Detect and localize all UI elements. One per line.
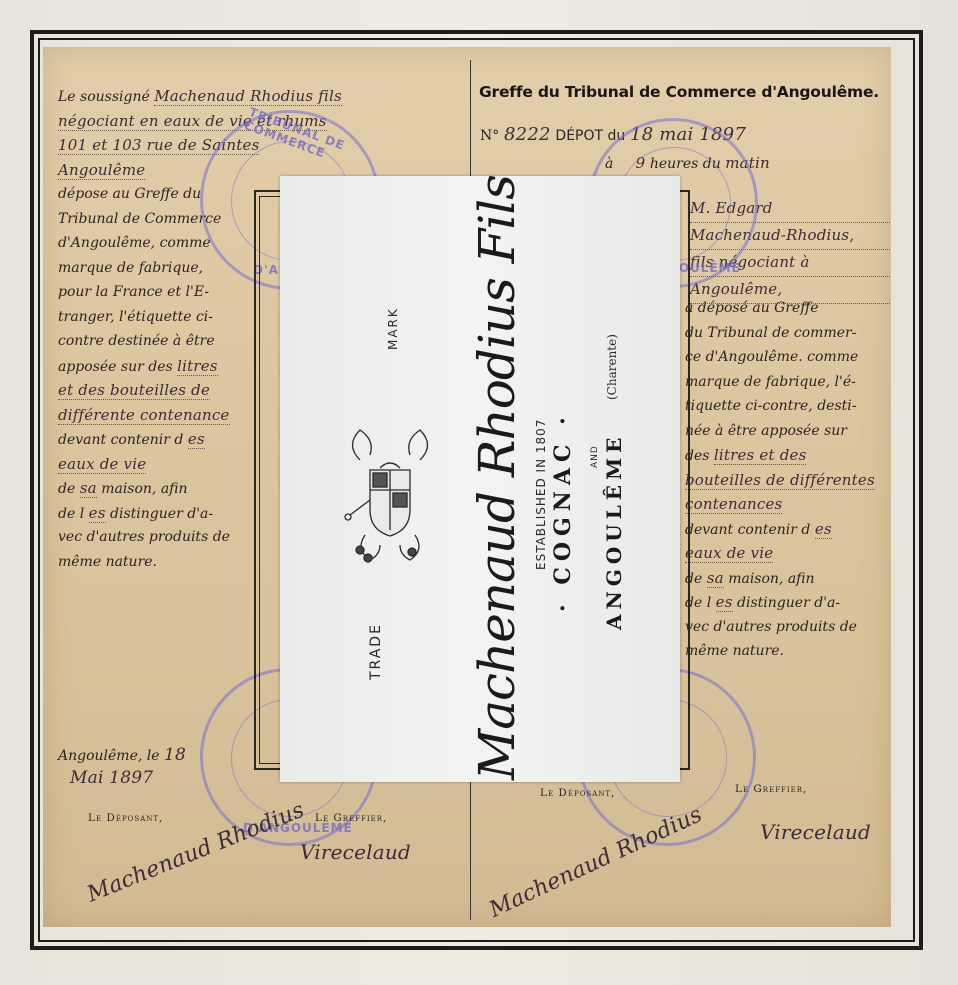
text-line: différente contenance bbox=[58, 403, 258, 428]
text-line: contre destinée à être bbox=[58, 329, 258, 354]
text-line: de l es distinguer d'a- bbox=[685, 590, 885, 615]
signing-month-year: Mai 1897 bbox=[70, 768, 153, 788]
text-line: apposée sur des litres bbox=[58, 354, 258, 379]
handwritten-entry: litres et des bbox=[714, 446, 807, 465]
left-deposant-label: Le Déposant, bbox=[88, 812, 163, 824]
text-line: de sa maison, afin bbox=[58, 476, 258, 501]
label-trade: TRADE bbox=[368, 623, 384, 680]
text-line: des litres et des bbox=[685, 443, 885, 468]
handwritten-entry: Machenaud Rhodius fils bbox=[154, 87, 342, 106]
handwritten-entry: eaux de vie bbox=[58, 455, 146, 474]
handwritten-entry: litres bbox=[177, 357, 218, 376]
handwritten-entry: Angoulême bbox=[58, 161, 145, 180]
text-line: de sa maison, afin bbox=[685, 566, 885, 591]
number-value: 8222 bbox=[504, 124, 551, 145]
handwritten-entry: es bbox=[815, 520, 832, 539]
text-line: pour la France et l'E- bbox=[58, 280, 258, 305]
text-line: négociant en eaux de vie et rhums bbox=[58, 109, 258, 134]
text-line: même nature. bbox=[685, 639, 885, 664]
label-established: ESTABLISHED IN 1807 bbox=[534, 419, 548, 570]
number-label: N° bbox=[480, 128, 499, 144]
handwritten-entry: bouteilles de différentes bbox=[685, 471, 875, 490]
label-frame-right bbox=[680, 190, 690, 770]
label-charente: (Charente) bbox=[605, 334, 619, 400]
handwritten-entry: es bbox=[716, 593, 733, 612]
handwritten-entry: différente contenance bbox=[58, 406, 230, 425]
right-greffier-label: Le Greffier, bbox=[735, 783, 807, 795]
text-line: bouteilles de différentes bbox=[685, 468, 885, 493]
right-deposant-label: Le Déposant, bbox=[540, 787, 615, 799]
text-line: et des bouteilles de bbox=[58, 378, 258, 403]
text-line: devant contenir d es bbox=[685, 517, 885, 542]
text-line: tiquette ci-contre, desti- bbox=[685, 394, 885, 419]
handwritten-entry: eaux de vie bbox=[685, 544, 773, 563]
text-line: ce d'Angoulême. comme bbox=[685, 345, 885, 370]
handwritten-entry: es bbox=[188, 430, 205, 449]
text-line: contenances bbox=[685, 492, 885, 517]
handwritten-entry: sa bbox=[80, 479, 97, 498]
text-line: marque de fabrique, l'é- bbox=[685, 370, 885, 395]
label-mark: MARK bbox=[386, 307, 400, 350]
text-line: née à être apposée sur bbox=[685, 419, 885, 444]
right-column-text: a déposé au Greffe du Tribunal de commer… bbox=[685, 296, 885, 664]
text-line: tranger, l'étiquette ci- bbox=[58, 305, 258, 330]
handwritten-entry: sa bbox=[707, 569, 724, 588]
text-line: vec d'autres produits de bbox=[685, 615, 885, 640]
text-line: de l es distinguer d'a- bbox=[58, 501, 258, 526]
right-greffier-signature: Virecelaud bbox=[760, 820, 871, 844]
label-and: AND bbox=[590, 445, 600, 468]
text-line: vec d'autres produits de bbox=[58, 525, 258, 550]
text-line: a déposé au Greffe bbox=[685, 296, 885, 321]
label-frame-inner bbox=[259, 196, 280, 764]
handwritten-entry: es bbox=[89, 504, 106, 523]
handwritten-entry: et des bouteilles de bbox=[58, 381, 210, 400]
text-line: eaux de vie bbox=[58, 452, 258, 477]
handwritten-entry: contenances bbox=[685, 495, 782, 514]
text-line: eaux de vie bbox=[685, 541, 885, 566]
text-line: même nature. bbox=[58, 550, 258, 575]
document-title: Greffe du Tribunal de Commerce d'Angoulê… bbox=[479, 83, 879, 101]
label-cognac: · COGNAC · bbox=[550, 411, 576, 612]
left-greffier-signature: Virecelaud bbox=[300, 840, 411, 864]
coat-of-arms-icon bbox=[340, 420, 440, 570]
label-brand: Machenaud Rhodius Fils bbox=[468, 175, 526, 780]
text-line: Le soussigné Machenaud Rhodius fils bbox=[58, 84, 258, 109]
text-line: du Tribunal de commer- bbox=[685, 321, 885, 346]
left-greffier-label: Le Greffier, bbox=[315, 812, 387, 824]
label-angouleme: ANGOULÊME bbox=[602, 433, 626, 630]
text-line: devant contenir d es bbox=[58, 427, 258, 452]
signing-date: Angoulême, le 18 bbox=[58, 745, 186, 765]
